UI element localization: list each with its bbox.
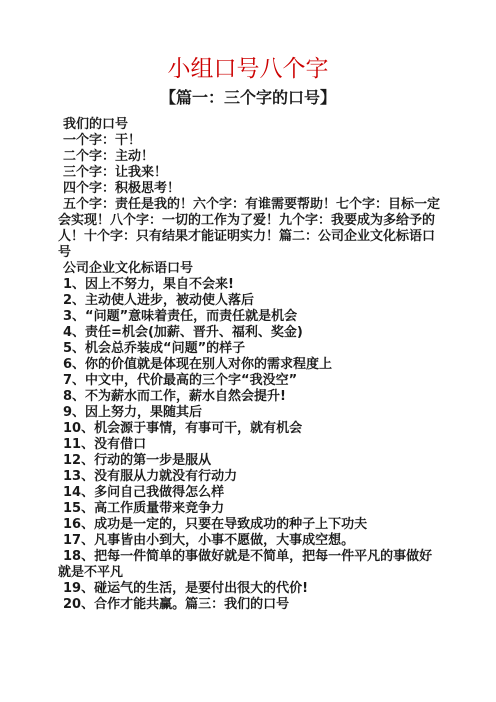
paragraph: 8、不为薪水而工作，薪水自然会提升! xyxy=(58,389,440,405)
paragraph: 公司企业文化标语口号 xyxy=(58,261,440,277)
paragraph: 16、成功是一定的，只要在导致成功的种子上下功夫 xyxy=(58,517,440,533)
paragraph: 四个字：积极思考！ xyxy=(58,181,440,197)
paragraph: 我们的口号 xyxy=(58,117,440,133)
paragraph: 3、“问题”意味着责任，而责任就是机会 xyxy=(58,309,440,325)
doc-title: 小组口号八个字 xyxy=(0,0,496,84)
paragraph: 17、凡事皆由小到大，小事不愿做，大事成空想。 xyxy=(58,533,440,549)
paragraph: 20、合作才能共赢。篇三：我们的口号 xyxy=(58,597,440,613)
paragraph: 13、没有服从力就没有行动力 xyxy=(58,469,440,485)
paragraph: 15、高工作质量带来竞争力 xyxy=(58,501,440,517)
doc-subtitle: 【篇一：三个字的口号】 xyxy=(0,84,496,108)
document-page: 小组口号八个字 【篇一：三个字的口号】 我们的口号一个字：干！二个字：主动！三个… xyxy=(0,0,496,702)
paragraph: 5、机会总乔装成“问题”的样子 xyxy=(58,341,440,357)
paragraph: 11、没有借口 xyxy=(58,437,440,453)
paragraph: 19、碰运气的生活，是要付出很大的代价! xyxy=(58,581,440,597)
paragraph: 二个字：主动！ xyxy=(58,149,440,165)
paragraph: 6、你的价值就是体现在别人对你的需求程度上 xyxy=(58,357,440,373)
paragraph: 一个字：干！ xyxy=(58,133,440,149)
paragraph: 1、因上不努力，果自不会来! xyxy=(58,277,440,293)
doc-body: 我们的口号一个字：干！二个字：主动！三个字：让我来！四个字：积极思考！五个字：责… xyxy=(58,117,440,613)
paragraph: 7、中文中，代价最高的三个字“我没空” xyxy=(58,373,440,389)
paragraph: 2、主动使人进步，被动使人落后 xyxy=(58,293,440,309)
paragraph: 三个字：让我来！ xyxy=(58,165,440,181)
paragraph: 9、因上努力，果随其后 xyxy=(58,405,440,421)
paragraph: 五个字：责任是我的！六个字：有谁需要帮助！七个字：目标一定会实现！八个字：一切的… xyxy=(58,197,440,261)
paragraph: 18、把每一件简单的事做好就是不简单，把每一件平凡的事做好就是不平凡 xyxy=(58,549,440,581)
paragraph: 10、机会源于事情，有事可干，就有机会 xyxy=(58,421,440,437)
paragraph: 14、多问自己我做得怎么样 xyxy=(58,485,440,501)
paragraph: 4、责任=机会(加薪、晋升、福利、奖金) xyxy=(58,325,440,341)
paragraph: 12、行动的第一步是服从 xyxy=(58,453,440,469)
